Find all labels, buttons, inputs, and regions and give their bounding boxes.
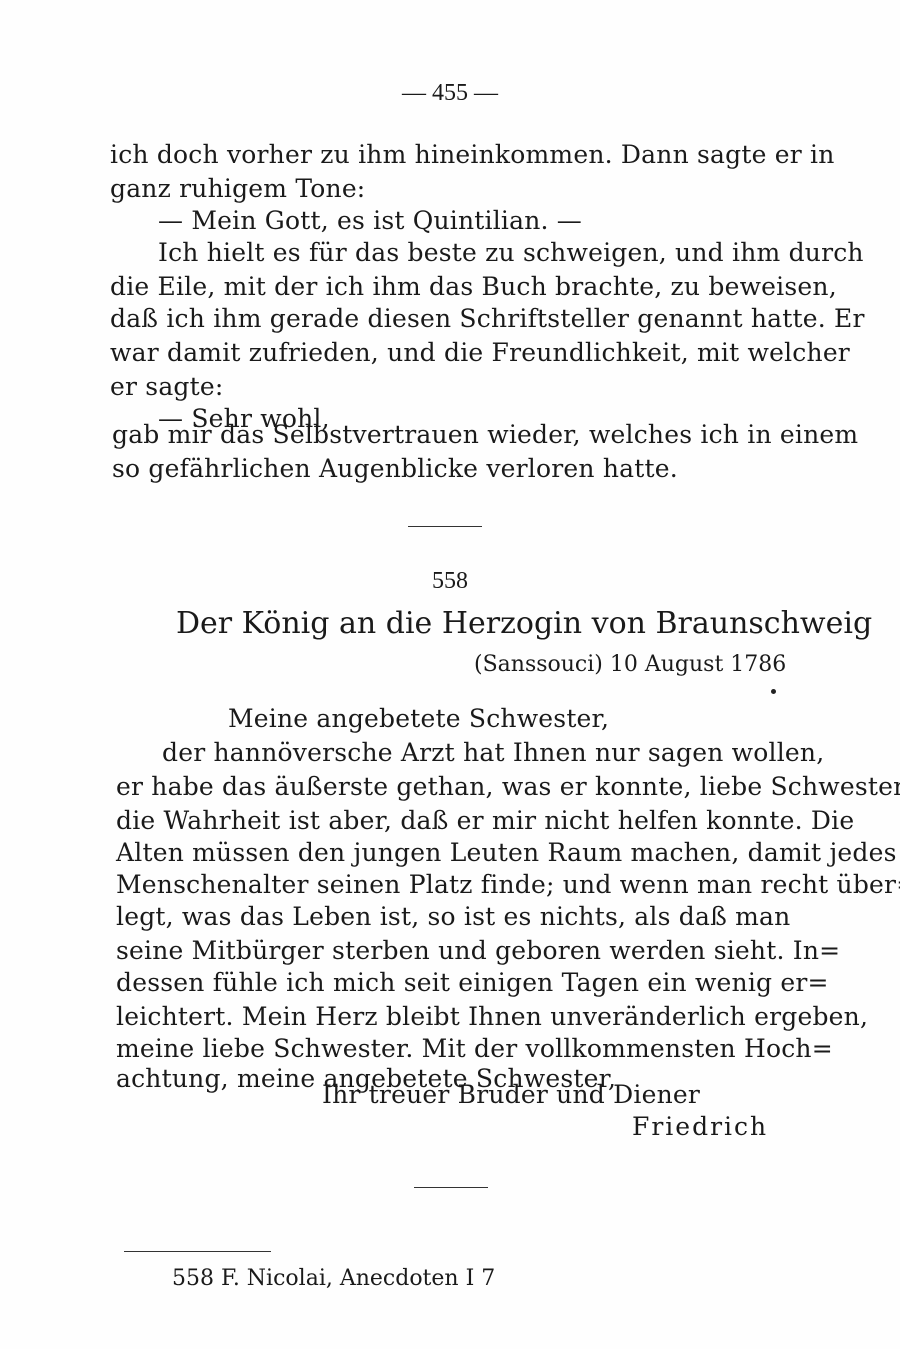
text-line: legt, was das Leben ist, so ist es nicht… [116, 902, 778, 932]
end-divider [414, 1187, 488, 1188]
text-line: war damit zufrieden, und die Freundlichk… [110, 338, 778, 368]
text-line: daß ich ihm gerade diesen Schriftsteller… [110, 304, 778, 334]
book-page: — 455 — ich doch vorher zu ihm hineinkom… [0, 0, 900, 1349]
section-divider [408, 526, 482, 527]
stray-mark [771, 689, 776, 694]
text-line: ganz ruhigem Tone: [110, 174, 365, 204]
text-line: dessen fühle ich mich seit einigen Tagen… [116, 968, 778, 998]
text-line: ich doch vorher zu ihm hineinkommen. Dan… [110, 140, 778, 170]
letter-number: 558 [0, 568, 900, 595]
text-line: seine Mitbürger sterben und geboren werd… [116, 936, 778, 966]
text-line: — Mein Gott, es ist Quintilian. — [158, 206, 582, 236]
letter-signature: Friedrich [632, 1112, 768, 1142]
letter-place-date: (Sanssouci) 10 August 1786 [474, 652, 786, 677]
text-line: er habe das äußerste gethan, was er konn… [116, 772, 778, 802]
text-line: leichtert. Mein Herz bleibt Ihnen unverä… [116, 1002, 778, 1032]
text-line: so gefährlichen Augenblicke verloren hat… [112, 454, 678, 484]
letter-closing: Ihr treuer Bruder und Diener [322, 1080, 700, 1110]
footnote: 558 F. Nicolai, Anecdoten I 7 [172, 1266, 495, 1291]
text-line: Alten müssen den jungen Leuten Raum mach… [116, 838, 778, 868]
page-number-header: — 455 — [0, 80, 900, 107]
salutation: Meine angebetete Schwester, [228, 704, 609, 734]
text-line: die Eile, mit der ich ihm das Buch brach… [110, 272, 778, 302]
text-line: er sagte: [110, 372, 224, 402]
text-line: der hannöversche Arzt hat Ihnen nur sage… [162, 738, 778, 768]
text-line: Ich hielt es für das beste zu schweigen,… [158, 238, 780, 268]
footnote-rule [124, 1251, 271, 1252]
text-line: meine liebe Schwester. Mit der vollkomme… [116, 1034, 778, 1064]
text-line: Menschenalter seinen Platz finde; und we… [116, 870, 778, 900]
text-line: die Wahrheit ist aber, daß er mir nicht … [116, 806, 778, 836]
letter-title: Der König an die Herzogin von Braunschwe… [176, 606, 716, 642]
text-line: gab mir das Selbstvertrauen wieder, welc… [112, 420, 778, 450]
